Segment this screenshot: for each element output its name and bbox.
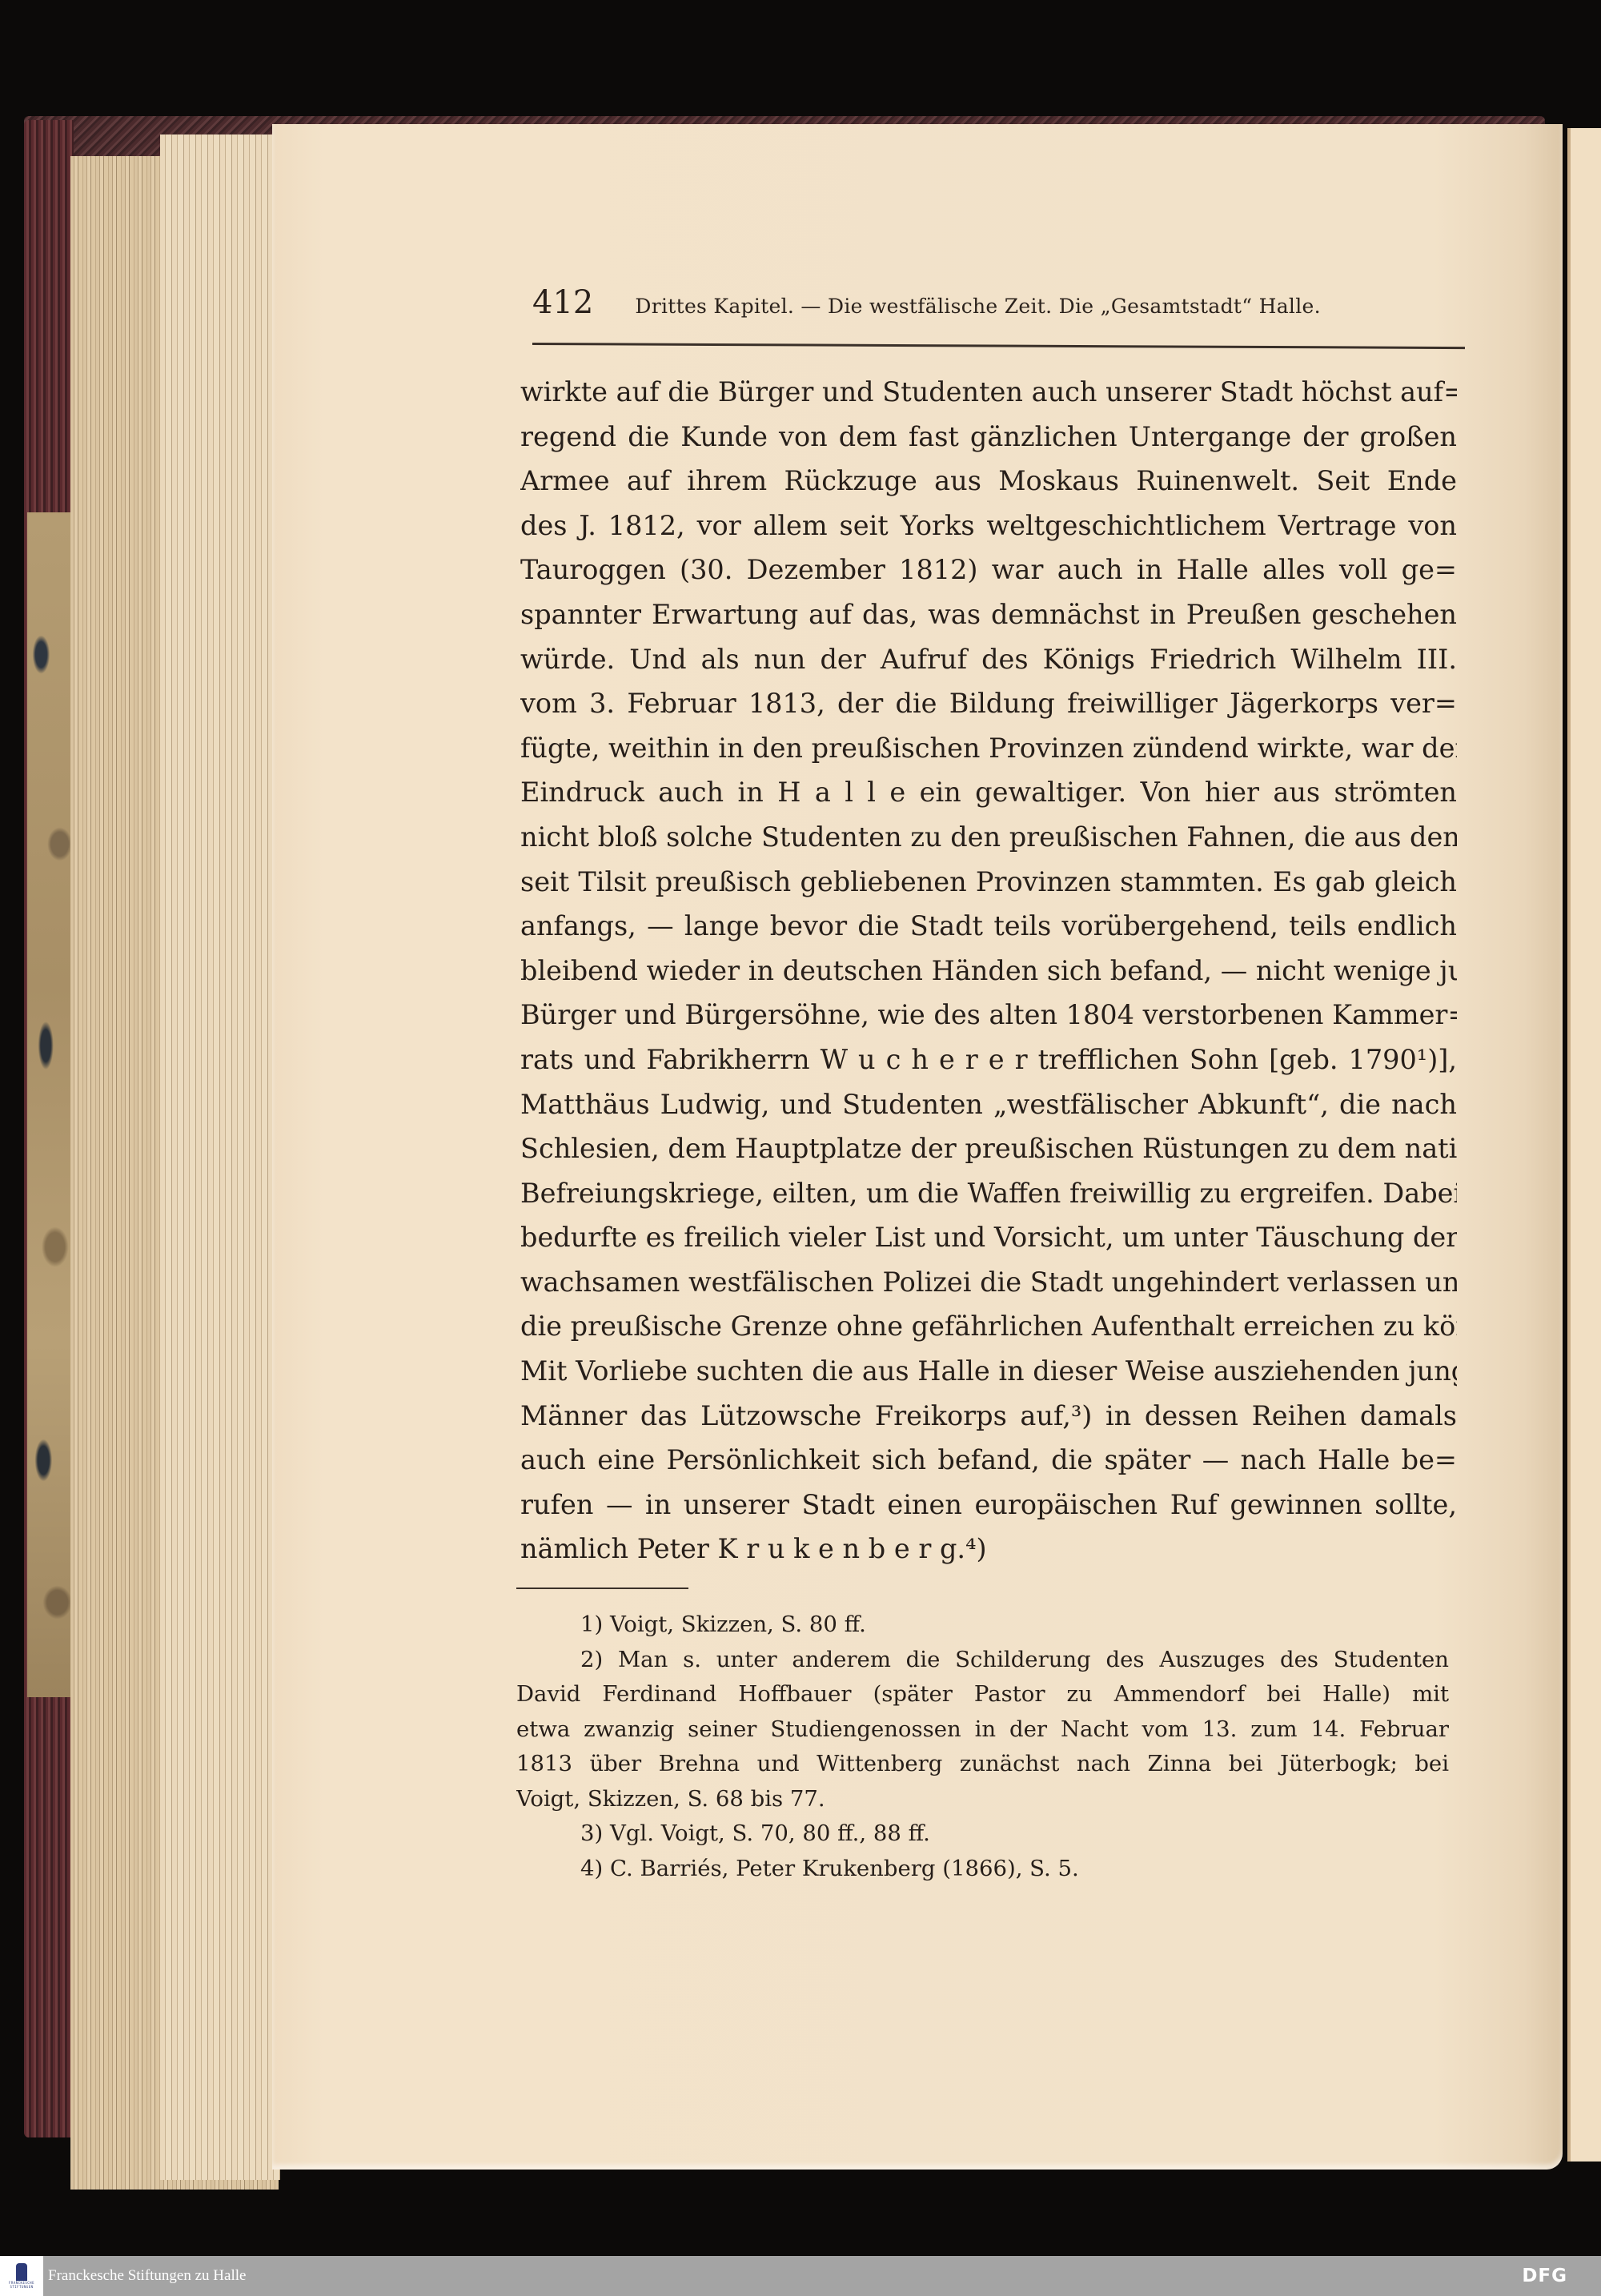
- body-line: Tauroggen (30. Dezember 1812) war auch i…: [520, 548, 1457, 592]
- dfg-logo[interactable]: DFG: [1522, 2266, 1567, 2286]
- running-head: Drittes Kapitel. — Die westfälische Zeit…: [635, 295, 1320, 318]
- body-line: fügte, weithin in den preußischen Provin…: [520, 726, 1457, 771]
- body-line: des J. 1812, vor allem seit Yorks weltge…: [520, 504, 1457, 548]
- body-line: seit Tilsit preußisch gebliebenen Provin…: [520, 860, 1457, 905]
- body-line: bedurfte es freilich vieler List und Vor…: [520, 1215, 1457, 1260]
- body-line: spannter Erwartung auf das, was demnächs…: [520, 592, 1457, 637]
- body-line: auch eine Persönlichkeit sich befand, di…: [520, 1438, 1457, 1483]
- marbled-endpaper: [27, 512, 74, 1697]
- body-line: Befreiungskriege, eilten, um die Waffen …: [520, 1171, 1457, 1216]
- body-line: nicht bloß solche Studenten zu den preuß…: [520, 815, 1457, 860]
- footnote-4: 4) C. Barriés, Peter Krukenberg (1866), …: [516, 1852, 1449, 1887]
- body-line: würde. Und als nun der Aufruf des Königs…: [520, 637, 1457, 682]
- footnote-3: 3) Vgl. Voigt, S. 70, 80 ff., 88 ff.: [516, 1816, 1449, 1852]
- footnote-2-line: etwa zwanzig seiner Studiengenossen in d…: [516, 1712, 1449, 1748]
- body-line: Schlesien, dem Hauptplatze der preußisch…: [520, 1126, 1457, 1171]
- footnote-2-line: 1813 über Brehna und Wittenberg zunächst…: [516, 1747, 1449, 1782]
- body-line: rufen — in unserer Stadt einen europäisc…: [520, 1483, 1457, 1527]
- institution-name[interactable]: Franckesche Stiftungen zu Halle: [48, 2267, 246, 2285]
- page-header: 412 Drittes Kapitel. — Die westfälische …: [532, 284, 1465, 332]
- footnote-2-line: David Ferdinand Hoffbauer (später Pastor…: [516, 1677, 1449, 1712]
- body-line: regend die Kunde von dem fast gänzlichen…: [520, 415, 1457, 460]
- body-line: Armee auf ihrem Rückzuge aus Moskaus Rui…: [520, 459, 1457, 504]
- body-line: Matthäus Ludwig, und Studenten „westfäli…: [520, 1082, 1457, 1127]
- body-text: wirkte auf die Bürger und Studenten auch…: [520, 370, 1457, 1571]
- footnote-1: 1) Voigt, Skizzen, S. 80 ff.: [516, 1608, 1449, 1643]
- body-line: wachsamen westfälischen Polizei die Stad…: [520, 1260, 1457, 1305]
- body-line: Bürger und Bürgersöhne, wie des alten 18…: [520, 993, 1457, 1038]
- statue-icon: [16, 2263, 27, 2281]
- body-line: wirkte auf die Bürger und Studenten auch…: [520, 370, 1457, 415]
- franckesche-stiftungen-logo[interactable]: FRANCKESCHE STIFTUNGEN: [0, 2256, 43, 2296]
- body-line: bleibend wieder in deutschen Händen sich…: [520, 949, 1457, 993]
- body-line: anfangs, — lange bevor die Stadt teils v…: [520, 904, 1457, 949]
- body-line: Eindruck auch in H a l l e ein gewaltige…: [520, 770, 1457, 815]
- footnote-2: 2) Man s. unter anderem die Schilderung …: [516, 1643, 1449, 1678]
- body-line: vom 3. Februar 1813, der die Bildung fre…: [520, 681, 1457, 726]
- logo-text-line2: STIFTUNGEN: [10, 2285, 33, 2289]
- body-line: Mit Vorliebe suchten die aus Halle in di…: [520, 1349, 1457, 1394]
- footnotes: 1) Voigt, Skizzen, S. 80 ff. 2) Man s. u…: [516, 1608, 1449, 1886]
- page-number: 412: [532, 284, 593, 321]
- page-edges-stack-inner: [160, 134, 280, 2180]
- footnote-2-line: Voigt, Skizzen, S. 68 bis 77.: [516, 1782, 1449, 1817]
- footer-bar: FRANCKESCHE STIFTUNGEN Franckesche Stift…: [0, 2256, 1601, 2296]
- body-line: nämlich Peter K r u k e n b e r g.⁴): [520, 1527, 1457, 1571]
- body-line: die preußische Grenze ohne gefährlichen …: [520, 1304, 1457, 1349]
- facing-page-edge: [1567, 128, 1601, 2162]
- body-line: Männer das Lützowsche Freikorps auf,³) i…: [520, 1394, 1457, 1439]
- footnote-rule: [516, 1588, 688, 1589]
- body-line: rats und Fabrikherrn W u c h e r e r tre…: [520, 1038, 1457, 1082]
